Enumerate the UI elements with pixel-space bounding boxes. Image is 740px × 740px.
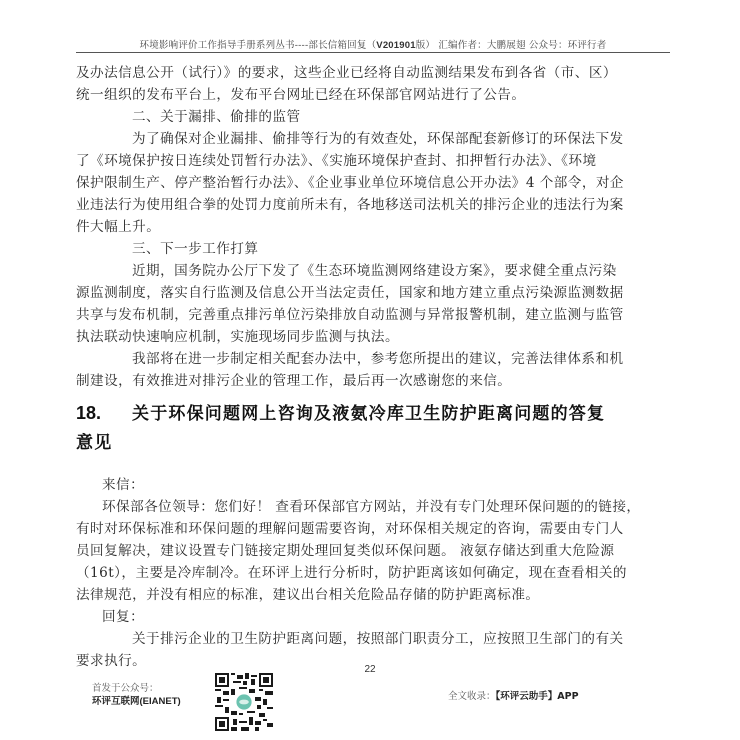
- footer-right-brand: 【环评云助手】APP: [496, 691, 579, 702]
- text-line: 制建设，有效推进对排污企业的管理工作，最后再一次感谢您的来信。: [76, 370, 666, 392]
- text-line: 二、关于漏排、偷排的监管: [76, 106, 666, 128]
- text-line: 业违法行为使用组合拳的处罚力度前所未有，各地移送司法机关的排污企业的违法行为案: [76, 194, 666, 216]
- text-line: 回复：: [76, 606, 666, 628]
- header-prefix: 环境影响评价工作指导手册系列丛书----部长信箱回复（: [140, 40, 377, 51]
- header-suffix: 版） 汇编作者：大鹏展翅 公众号：环评行者: [416, 40, 607, 51]
- text-line: 共享与发布机制，完善重点排污单位污染排放自动监测与异常报警机制，建立监测与监管: [76, 304, 666, 326]
- text-line: 统一组织的发布平台上，发布平台网址已经在环保部官网站进行了公告。: [76, 84, 666, 106]
- text-line: 法律规范，并没有相应的标准，建议出台相关危险品存储的防护距离标准。: [76, 584, 666, 606]
- page-number: 22: [0, 664, 740, 675]
- running-header: 环境影响评价工作指导手册系列丛书----部长信箱回复（V201901版） 汇编作…: [76, 37, 670, 51]
- footer-right: 全文收录：【环评云助手】APP: [448, 688, 579, 702]
- text-line: 保护限制生产、停产整治暂行办法》、《企业事业单位环境信息公开办法》4 个部令，对…: [76, 172, 666, 194]
- text-line: 及办法信息公开（试行）》的要求，这些企业已经将自动监测结果发布到各省（市、区）: [76, 62, 666, 84]
- body-paragraphs-bottom: 来信：环保部各位领导：您们好！ 查看环保部官方网站，并没有专门处理环保问题的的链…: [76, 474, 666, 672]
- section-number: 18.: [76, 398, 132, 428]
- text-line: 三、下一步工作打算: [76, 238, 666, 260]
- text-line: 环保部各位领导：您们好！ 查看环保部官方网站，并没有专门处理环保问题的的链接，: [76, 496, 666, 518]
- text-line: 关于排污企业的卫生防护距离问题，按照部门职责分工，应按照卫生部门的有关: [76, 628, 666, 650]
- header-rule: [76, 52, 670, 53]
- text-line: 有时对环保标准和环保问题的理解问题需要咨询，对环保相关规定的咨询，需要由专门人: [76, 518, 666, 540]
- text-line: 来信：: [76, 474, 666, 496]
- body-paragraphs-top: 及办法信息公开（试行）》的要求，这些企业已经将自动监测结果发布到各省（市、区）统…: [76, 62, 666, 392]
- document-body: 及办法信息公开（试行）》的要求，这些企业已经将自动监测结果发布到各省（市、区）统…: [76, 62, 666, 672]
- text-line: 近期，国务院办公厅下发了《生态环境监测网络建设方案》，要求健全重点污染: [76, 260, 666, 282]
- text-line: 源监测制度，落实自行监测及信息公开当法定责任，国家和地方建立重点污染源监测数据: [76, 282, 666, 304]
- text-line: 执法联动快速响应机制，实施现场同步监测与执法。: [76, 326, 666, 348]
- text-line: 为了确保对企业漏排、偷排等行为的有效查处，环保部配套新修订的环保法下发: [76, 128, 666, 150]
- footer-left-brand: 环评互联网(EIANET): [92, 695, 181, 708]
- footer-left: 首发于公众号： 环评互联网(EIANET): [92, 682, 181, 708]
- section-heading-cont: 意见: [76, 428, 666, 458]
- text-line: 员回复解决，建议设置专门链接定期处理回复类似环保问题。 液氨存储达到重大危险源: [76, 540, 666, 562]
- text-line: 我部将在进一步制定相关配套办法中，参考您所提出的建议，完善法律体系和机: [76, 348, 666, 370]
- footer-left-label: 首发于公众号：: [92, 682, 181, 695]
- header-version: V201901: [376, 40, 415, 51]
- text-line: 了《环境保护按日连续处罚暂行办法》、《实施环境保护查封、扣押暂行办法》、《环境: [76, 150, 666, 172]
- document-page: 环境影响评价工作指导手册系列丛书----部长信箱回复（V201901版） 汇编作…: [0, 0, 740, 740]
- text-line: 件大幅上升。: [76, 216, 666, 238]
- section-heading: 18.关于环保问题网上咨询及液氨冷库卫生防护距离问题的答复: [76, 398, 666, 428]
- text-line: （16t），主要是冷库制冷。在环评上进行分析时，防护距离该如何确定，现在查看相关…: [76, 562, 666, 584]
- section-title-line2: 意见: [76, 433, 112, 453]
- qr-code-icon: [215, 673, 273, 731]
- footer-right-label: 全文收录：: [448, 691, 496, 702]
- section-title-line1: 关于环保问题网上咨询及液氨冷库卫生防护距离问题的答复: [132, 404, 605, 424]
